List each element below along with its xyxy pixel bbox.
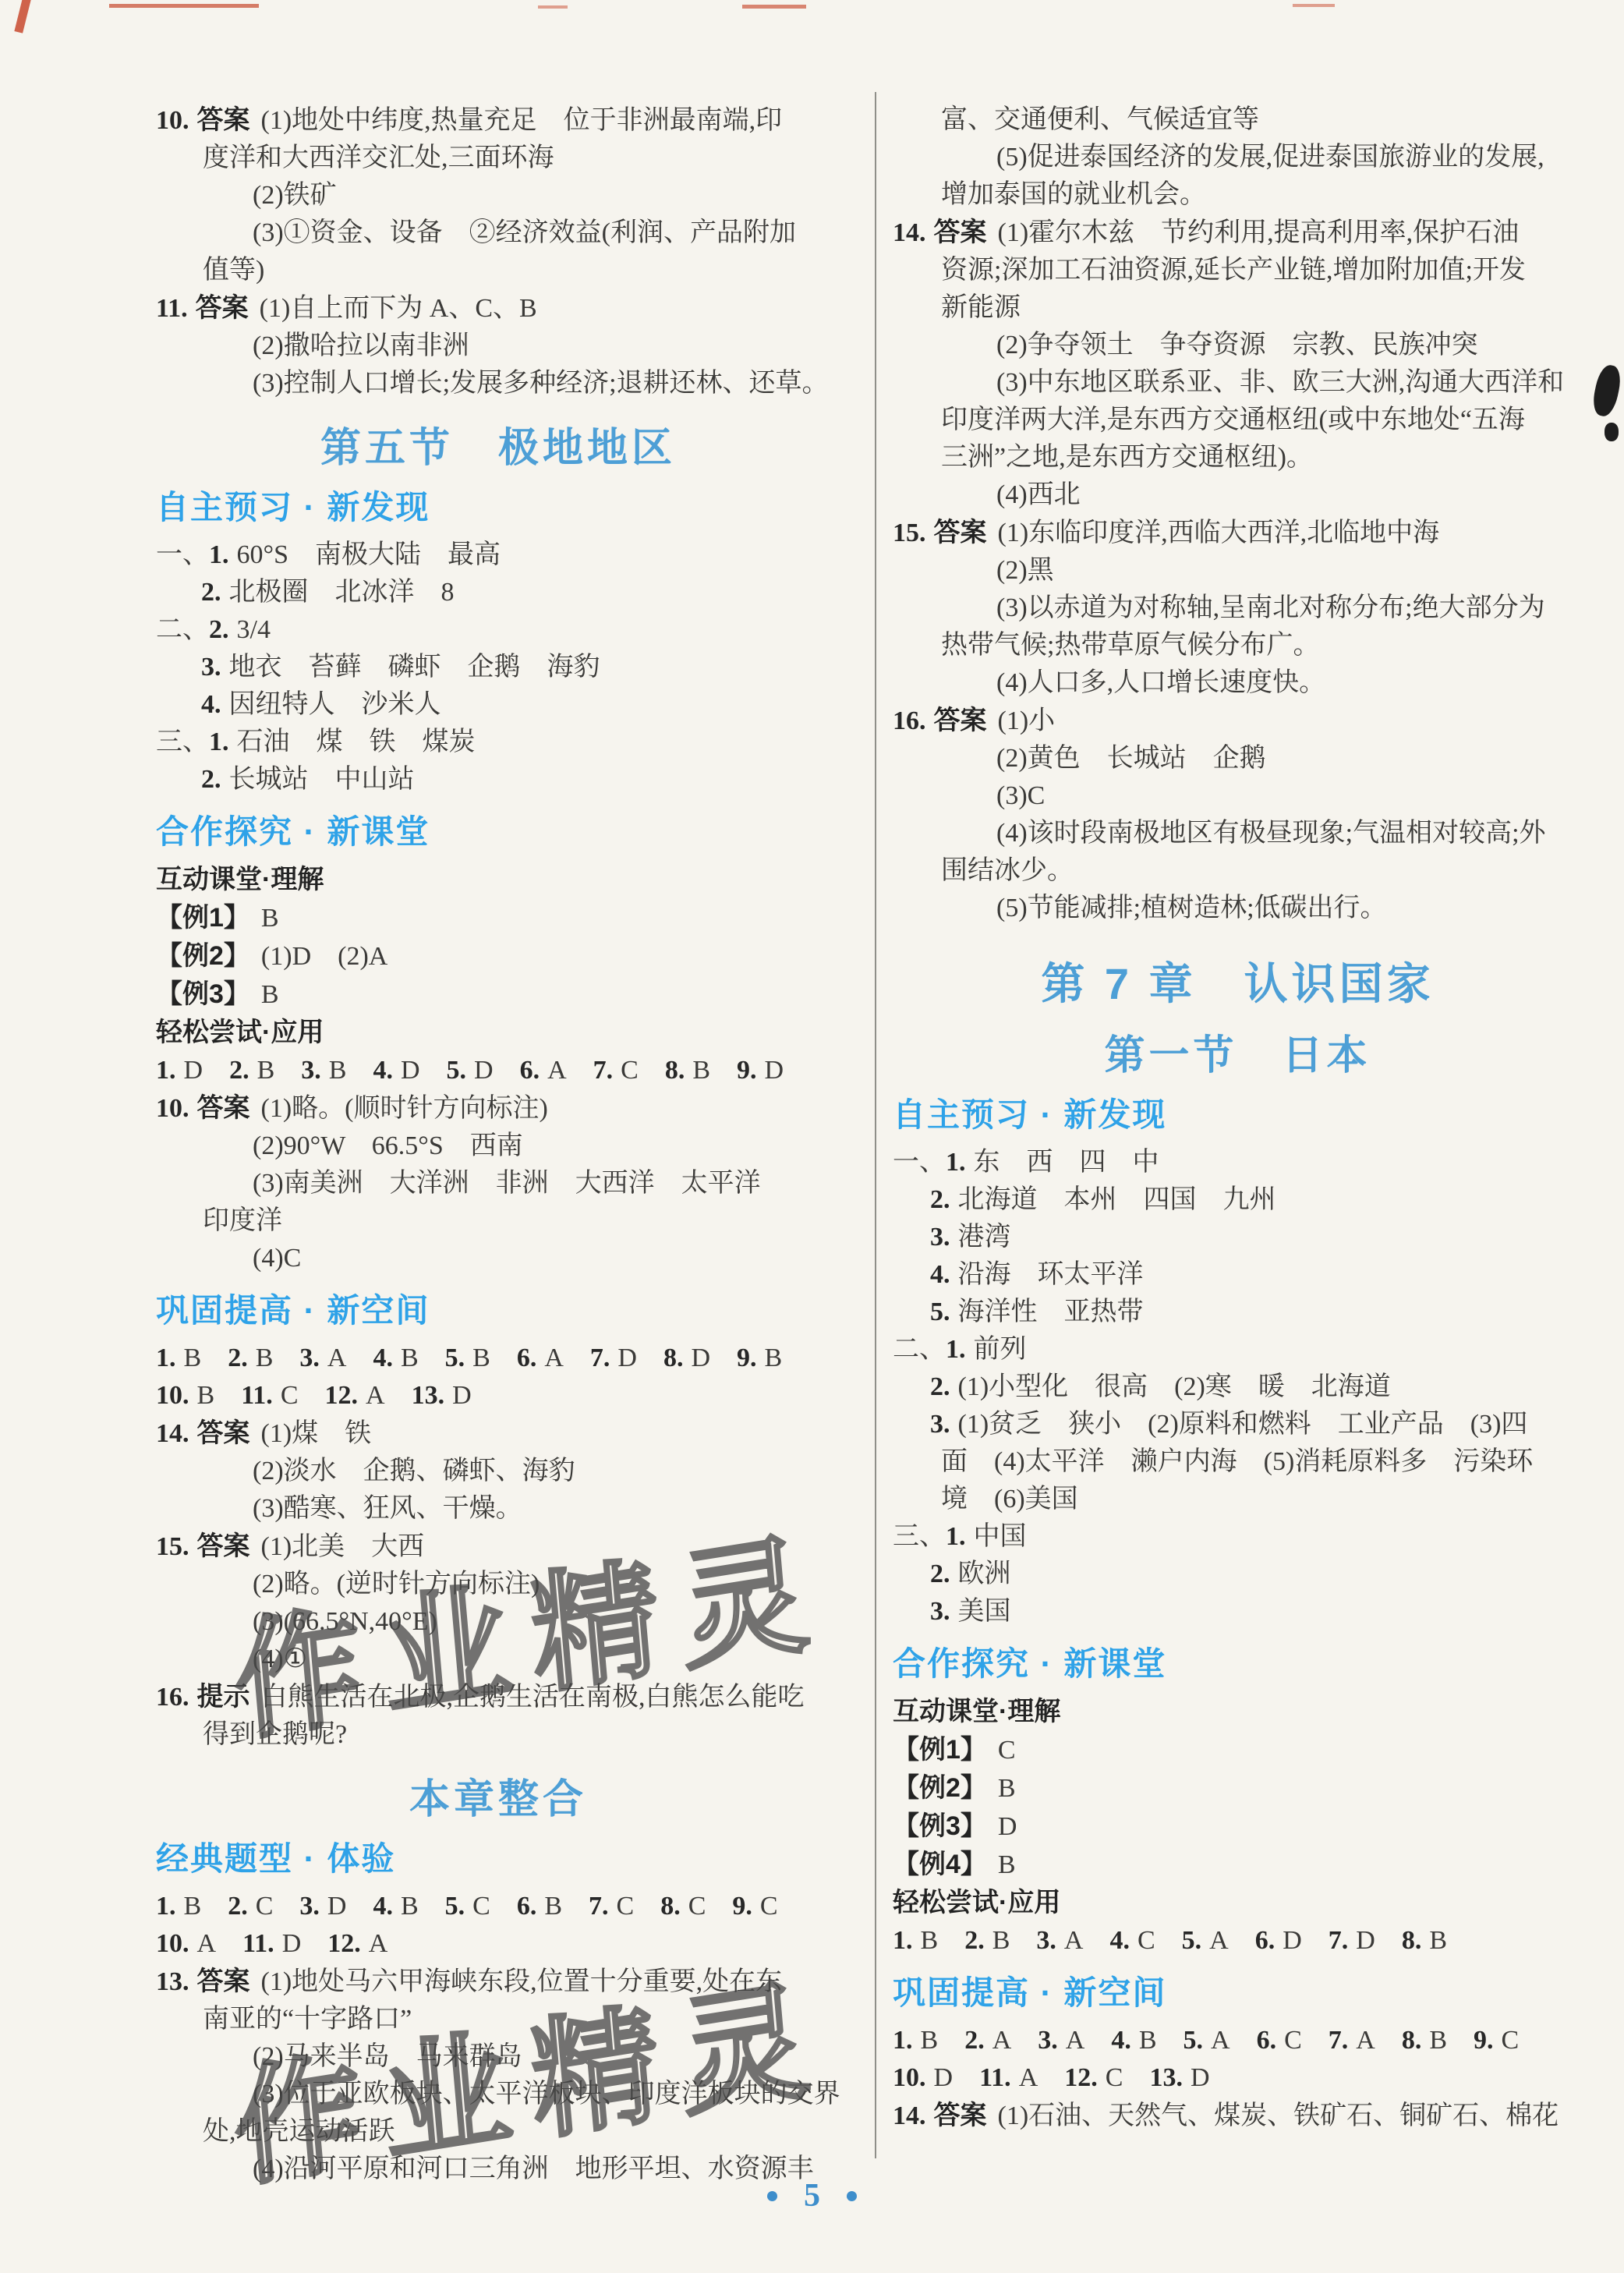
- answer-line: 互动课堂·理解: [156, 861, 840, 899]
- answer-line: 10.答案(1)略。(顺时针方向标注): [156, 1089, 840, 1128]
- answer-line: 【例3】B: [156, 975, 840, 1014]
- text-segment: 石油 煤 铁 煤炭: [237, 728, 476, 756]
- item-number: 3.: [930, 1597, 950, 1626]
- answer-letter: B: [921, 1926, 939, 1955]
- answer-letter: D: [617, 1344, 637, 1372]
- answer-letter: B: [184, 1344, 202, 1372]
- question-number: 4.: [373, 1344, 393, 1372]
- answer-subline: (3)位于亚欧板块、太平洋板块、印度洋板块的交界: [156, 2076, 840, 2113]
- block-heading: 巩固提高 · 新空间: [893, 1974, 1583, 2013]
- text-segment: D: [998, 1812, 1017, 1841]
- text-segment: 巩固提高 · 新空间: [156, 1292, 430, 1329]
- question-number: 8.: [665, 1056, 685, 1085]
- answer-line-wrap: 富、交通便利、气候适宜等: [893, 101, 1583, 139]
- question-number: 13.: [412, 1381, 445, 1410]
- answer-letter: B: [472, 1344, 490, 1372]
- item-number: 1.: [946, 1335, 966, 1364]
- text-segment: (1)石油、天然气、煤炭、铁矿石、铜矿石、棉花: [998, 2101, 1559, 2130]
- answer-letter: B: [1429, 2026, 1447, 2055]
- question-number: 3.: [1036, 1926, 1056, 1955]
- text-segment: 沿海 环太平洋: [958, 1260, 1144, 1289]
- block-heading: 自主预习 · 新发现: [893, 1096, 1583, 1135]
- text-segment: 自主预习 · 新发现: [893, 1096, 1166, 1133]
- bold-label: 互动课堂·理解: [156, 865, 324, 894]
- question-number: 12.: [325, 1381, 359, 1410]
- answer-subitem-line: 2.长城站 中山站: [156, 761, 840, 798]
- text-segment: 合作探究 · 新课堂: [156, 813, 430, 850]
- question-number: 1.: [893, 1926, 913, 1955]
- text-segment: 一、: [893, 1148, 946, 1177]
- answer-line: 【例2】(1)D (2)A: [156, 937, 840, 975]
- question-number: 3.: [299, 1892, 320, 1921]
- text-segment: (2)略。(逆时针方向标注): [253, 1570, 540, 1599]
- text-segment: 合作探究 · 新课堂: [893, 1645, 1166, 1682]
- answer-subline: (3)C: [893, 777, 1583, 815]
- text-segment: (2)黄色 长城站 企鹅: [996, 744, 1266, 773]
- answer-line: 二、1.前列: [893, 1331, 1583, 1368]
- question-number: 5.: [445, 1892, 465, 1921]
- text-segment: (1)煤 铁: [261, 1419, 372, 1448]
- text-segment: B: [261, 904, 279, 933]
- answer-letter: C: [760, 1892, 778, 1921]
- block-heading: 合作探究 · 新课堂: [156, 813, 840, 851]
- page: 10.答案(1)地处中纬度,热量充足 位于非洲最南端,印度洋和大西洋交汇处,三面…: [0, 0, 1624, 2273]
- text-segment: 地衣 苔藓 磷虾 企鹅 海豹: [229, 653, 600, 682]
- bold-label: 答案: [934, 706, 987, 735]
- answer-line: 14.答案(1)煤 铁: [156, 1414, 840, 1453]
- item-number: 13.: [156, 1967, 189, 1996]
- answer-line: 轻松尝试·应用: [156, 1014, 840, 1052]
- answer-letter: D: [765, 1056, 784, 1085]
- question-number: 10.: [893, 2063, 926, 2092]
- question-number: 5.: [447, 1056, 467, 1085]
- answer-line: 【例1】B: [156, 899, 840, 937]
- answer-letter: C: [256, 1892, 274, 1921]
- answer-line: 13.答案(1)地处马六甲海峡东段,位置十分重要,处在东: [156, 1963, 840, 2001]
- answer-letter: C: [1138, 1926, 1155, 1955]
- text-segment: (1)北美 大西: [261, 1532, 425, 1561]
- text-segment: 新能源: [941, 293, 1021, 322]
- answer-subitem-line: 4.因纽特人 沙米人: [156, 686, 840, 724]
- item-number: 10.: [156, 1094, 189, 1123]
- item-number: 1.: [946, 1148, 966, 1177]
- question-number: 2.: [229, 1056, 249, 1085]
- answer-line-wrap: 热带气候;热带草原气候分布广。: [893, 627, 1583, 664]
- text-segment: B: [998, 1774, 1016, 1803]
- answer-letter: D: [934, 2063, 954, 2092]
- bold-label: 【例3】: [893, 1811, 987, 1841]
- ink-blob: [1605, 423, 1619, 441]
- item-number: 16.: [893, 706, 926, 735]
- text-segment: (4)该时段南极地区有极昼现象;气温相对较高;外: [996, 819, 1546, 848]
- answer-letter: C: [621, 1056, 639, 1085]
- answer-letter: D: [1191, 2063, 1210, 2092]
- text-segment: B: [261, 980, 279, 1009]
- text-segment: (1)地处中纬度,热量充足 位于非洲最南端,印: [261, 106, 783, 135]
- text-segment: 印度洋两大洋,是东西方交通枢纽(或中东地处“五海: [941, 405, 1525, 434]
- answer-subline: (3)以赤道为对称轴,呈南北对称分布;绝大部分为: [893, 589, 1583, 627]
- answer-line: 14.答案(1)霍尔木兹 节约利用,提高利用率,保护石油: [893, 214, 1583, 252]
- column-divider: [875, 92, 876, 2158]
- answer-line: 15.答案(1)北美 大西: [156, 1528, 840, 1566]
- section-heading: 第一节 日本: [893, 1032, 1583, 1080]
- answer-letter: C: [1502, 2026, 1520, 2055]
- text-segment: (4)①: [253, 1645, 307, 1673]
- question-number: 3.: [301, 1056, 321, 1085]
- question-number: 8.: [663, 1344, 684, 1372]
- answer-letter: D: [282, 1929, 302, 1958]
- question-number: 6.: [517, 1892, 537, 1921]
- answer-line-wrap: 资源;深加工石油资源,延长产业链,增加附加值;开发: [893, 252, 1583, 289]
- answer-letter: D: [1283, 1926, 1302, 1955]
- question-number: 8.: [660, 1892, 681, 1921]
- text-segment: 二、: [156, 615, 209, 644]
- answer-letter: B: [1139, 2026, 1157, 2055]
- answer-line: 14.答案(1)石油、天然气、煤炭、铁矿石、铜矿石、棉花: [893, 2097, 1583, 2135]
- text-segment: 自主预习 · 新发现: [156, 489, 430, 526]
- question-number: 1.: [893, 2026, 913, 2055]
- chapter-heading: 第 7 章 认识国家: [893, 958, 1583, 1010]
- item-number: 15.: [893, 519, 926, 547]
- text-segment: (4)人口多,人口增长速度快。: [996, 668, 1325, 697]
- answer-letter: A: [197, 1929, 217, 1958]
- answer-letter: A: [1211, 2026, 1230, 2055]
- text-segment: 北海道 本州 四国 九州: [958, 1185, 1276, 1214]
- item-number: 2.: [209, 615, 229, 644]
- text-segment: 海洋性 亚热带: [958, 1298, 1144, 1326]
- bold-label: 【例1】: [893, 1735, 987, 1765]
- bold-label: 【例3】: [156, 979, 250, 1009]
- question-number: 7.: [593, 1056, 614, 1085]
- question-number: 8.: [1402, 2026, 1422, 2055]
- answer-line: 互动课堂·理解: [893, 1693, 1583, 1731]
- text-segment: (2)铁矿: [253, 181, 337, 210]
- text-segment: 资源;深加工石油资源,延长产业链,增加附加值;开发: [941, 256, 1526, 285]
- answer-letter: D: [452, 1381, 472, 1410]
- answer-letter: A: [544, 1344, 564, 1372]
- text-segment: (3)中东地区联系亚、非、欧三大洲,沟通大西洋和: [996, 368, 1564, 397]
- answer-subline: (4)C: [156, 1240, 840, 1277]
- bold-label: 互动课堂·理解: [893, 1697, 1060, 1726]
- question-number: 6.: [1257, 2026, 1277, 2055]
- text-segment: (2)黑: [996, 556, 1054, 585]
- question-number: 10.: [156, 1929, 189, 1958]
- question-number: 4.: [373, 1056, 393, 1085]
- answer-line-wrap: 围结冰少。: [893, 852, 1583, 890]
- question-number: 13.: [1149, 2063, 1183, 2092]
- text-segment: 值等): [203, 256, 264, 285]
- left-column: 10.答案(1)地处中纬度,热量充足 位于非洲最南端,印度洋和大西洋交汇处,三面…: [156, 101, 840, 2188]
- answer-line-wrap: 三洲”之地,是东西方交通枢纽)。: [893, 439, 1583, 476]
- answer-letter: B: [257, 1056, 275, 1085]
- answer-line-wrap: 得到企鹅呢?: [156, 1716, 840, 1754]
- answer-line-wrap: 南亚的“十字路口”: [156, 2001, 840, 2038]
- text-segment: 本章整合: [409, 1777, 587, 1822]
- text-segment: 中国: [974, 1522, 1027, 1551]
- answer-letter: A: [1356, 2026, 1375, 2055]
- block-heading: 自主预习 · 新发现: [156, 488, 840, 527]
- text-segment: (3)南美洲 大洋洲 非洲 大西洋 太平洋: [253, 1169, 761, 1198]
- question-number: 7.: [590, 1344, 610, 1372]
- item-number: 10.: [156, 106, 189, 135]
- answer-line-wrap: 度洋和大西洋交汇处,三面环海: [156, 140, 840, 177]
- text-segment: (1)略。(顺时针方向标注): [261, 1094, 548, 1123]
- block-heading: 巩固提高 · 新空间: [156, 1291, 840, 1330]
- question-number: 11.: [241, 1381, 273, 1410]
- text-segment: (3)以赤道为对称轴,呈南北对称分布;绝大部分为: [996, 593, 1545, 622]
- question-number: 4.: [373, 1892, 393, 1921]
- answer-letter: B: [401, 1344, 419, 1372]
- text-segment: (2)争夺领土 争夺资源 宗教、民族冲突: [996, 331, 1478, 359]
- text-segment: (5)促进泰国经济的发展,促进泰国旅游业的发展,: [996, 143, 1544, 172]
- footer-dot: [767, 2191, 777, 2201]
- page-number: 5: [804, 2178, 820, 2214]
- answer-letter: B: [401, 1892, 419, 1921]
- bold-label: 轻松尝试·应用: [893, 1888, 1060, 1917]
- text-segment: (3)控制人口增长;发展多种经济;退耕还林、还草。: [253, 369, 829, 398]
- choice-answers-line: 10.D11.A12.C13.D: [893, 2059, 1583, 2097]
- answer-letter: D: [691, 1344, 710, 1372]
- answer-subline: (2)争夺领土 争夺资源 宗教、民族冲突: [893, 327, 1583, 364]
- question-number: 4.: [1109, 1926, 1130, 1955]
- answer-subitem-line: 2.(1)小型化 很高 (2)寒 暖 北海道: [893, 1368, 1583, 1406]
- question-number: 5.: [1184, 2026, 1204, 2055]
- text-segment: 二、: [893, 1335, 946, 1364]
- choice-answers-line: 1.B2.A3.A4.B5.A6.C7.A8.B9.C: [893, 2022, 1583, 2059]
- text-segment: 三、: [156, 728, 209, 756]
- answer-subline: (3)中东地区联系亚、非、欧三大洲,沟通大西洋和: [893, 364, 1583, 402]
- answer-line-wrap: 境 (6)美国: [893, 1481, 1583, 1518]
- text-segment: (3)位于亚欧板块、太平洋板块、印度洋板块的交界: [253, 2080, 840, 2108]
- item-number: 4.: [930, 1260, 950, 1289]
- question-number: 1.: [156, 1056, 176, 1085]
- bold-label: 答案: [197, 1093, 250, 1123]
- text-segment: 南亚的“十字路口”: [203, 2005, 412, 2034]
- item-number: 14.: [893, 2101, 926, 2130]
- answer-subline: (2)马来半岛 马来群岛: [156, 2038, 840, 2076]
- answer-subline: (3)(66.5°N,40°E): [156, 1603, 840, 1641]
- choice-answers-line: 10.B11.C12.A13.D: [156, 1377, 840, 1414]
- question-number: 1.: [156, 1344, 176, 1372]
- choice-answers-line: 1.B2.C3.D4.B5.C6.B7.C8.C9.C: [156, 1888, 840, 1925]
- scan-artifact-mark: [538, 5, 568, 9]
- text-segment: 北极圈 北冰洋 8: [229, 578, 455, 607]
- answer-subline: (2)撒哈拉以南非洲: [156, 327, 840, 365]
- bold-label: 答案: [197, 1967, 250, 1996]
- answer-subitem-line: 2.北海道 本州 四国 九州: [893, 1181, 1583, 1219]
- text-segment: C: [998, 1736, 1016, 1765]
- text-segment: (3)①资金、设备 ②经济效益(利润、产品附加: [253, 218, 796, 247]
- text-segment: (3)C: [996, 781, 1045, 810]
- answer-letter: D: [474, 1056, 494, 1085]
- bold-label: 【例2】: [893, 1773, 987, 1803]
- question-number: 2.: [964, 1926, 985, 1955]
- question-number: 7.: [1329, 1926, 1349, 1955]
- answer-letter: A: [1209, 1926, 1229, 1955]
- answer-letter: D: [327, 1892, 347, 1921]
- answer-letter: B: [544, 1892, 562, 1921]
- text-segment: 第 7 章 认识国家: [1041, 959, 1434, 1008]
- answer-letter: B: [197, 1381, 215, 1410]
- answer-letter: B: [992, 1926, 1010, 1955]
- answer-line: 16.提示白熊生活在北极,企鹅生活在南极,白熊怎么能吃: [156, 1678, 840, 1716]
- text-segment: 港湾: [958, 1223, 1011, 1252]
- right-column: 富、交通便利、气候适宜等(5)促进泰国经济的发展,促进泰国旅游业的发展,增加泰国…: [893, 101, 1583, 2135]
- text-segment: (2)淡水 企鹅、磷虾、海豹: [253, 1457, 575, 1485]
- text-segment: 印度洋: [203, 1206, 282, 1235]
- page-footer: 5: [0, 2177, 1624, 2215]
- text-segment: 欧洲: [958, 1560, 1011, 1588]
- question-number: 9.: [737, 1344, 757, 1372]
- answer-letter: C: [1106, 2063, 1123, 2092]
- question-number: 9.: [732, 1892, 752, 1921]
- answer-subitem-line: 3.美国: [893, 1593, 1583, 1630]
- text-segment: (2)撒哈拉以南非洲: [253, 331, 469, 360]
- text-segment: (4)C: [253, 1244, 301, 1273]
- text-segment: (3)酷寒、狂风、干燥。: [253, 1494, 522, 1523]
- item-number: 2.: [930, 1372, 950, 1401]
- item-number: 16.: [156, 1683, 189, 1712]
- question-number: 9.: [1474, 2026, 1494, 2055]
- answer-letter: B: [1429, 1926, 1447, 1955]
- text-segment: 3/4: [237, 615, 271, 644]
- question-number: 7.: [1329, 2026, 1349, 2055]
- answer-subline: (2)90°W 66.5°S 西南: [156, 1128, 840, 1165]
- footer-dot: [847, 2191, 857, 2201]
- answer-subline: (3)酷寒、狂风、干燥。: [156, 1490, 840, 1528]
- text-segment: 前列: [974, 1335, 1027, 1364]
- answer-subline: (5)节能减排;植树造林;低碳出行。: [893, 890, 1583, 927]
- item-number: 1.: [946, 1522, 966, 1551]
- answer-line-wrap: 处,地壳运动活跃: [156, 2113, 840, 2151]
- answer-letter: C: [617, 1892, 635, 1921]
- answer-letter: A: [366, 1381, 385, 1410]
- bold-label: 答案: [197, 105, 250, 135]
- answer-subline: (4)①: [156, 1641, 840, 1678]
- answer-line-wrap: 印度洋: [156, 1202, 840, 1240]
- answer-letter: C: [688, 1892, 706, 1921]
- answer-letter: A: [1066, 2026, 1085, 2055]
- choice-answers-line: 1.D2.B3.B4.D5.D6.A7.C8.B9.D: [156, 1052, 840, 1089]
- question-number: 3.: [299, 1344, 320, 1372]
- choice-answers-line: 1.B2.B3.A4.B5.B6.A7.D8.D9.B: [156, 1340, 840, 1377]
- text-segment: 面 (4)太平洋 濑户内海 (5)消耗原料多 污染环: [941, 1447, 1533, 1476]
- text-segment: 一、: [156, 540, 209, 569]
- answer-letter: B: [184, 1892, 202, 1921]
- answer-line: 16.答案(1)小: [893, 702, 1583, 740]
- text-segment: 增加泰国的就业机会。: [941, 180, 1206, 209]
- text-segment: 热带气候;热带草原气候分布广。: [941, 631, 1319, 660]
- answer-subline: (2)黄色 长城站 企鹅: [893, 740, 1583, 777]
- question-number: 5.: [445, 1344, 465, 1372]
- block-heading: 经典题型 · 体验: [156, 1839, 840, 1878]
- bold-label: 提示: [197, 1682, 250, 1712]
- choice-answers-line: 1.B2.B3.A4.C5.A6.D7.D8.B: [893, 1922, 1583, 1960]
- answer-line: 【例3】D: [893, 1807, 1583, 1846]
- answer-subitem-line: 2.北极圈 北冰洋 8: [156, 574, 840, 611]
- section-heading: 本章整合: [156, 1776, 840, 1824]
- answer-line: 【例1】C: [893, 1731, 1583, 1769]
- answer-subline: (3)南美洲 大洋洲 非洲 大西洋 太平洋: [156, 1165, 840, 1202]
- question-number: 6.: [1255, 1926, 1275, 1955]
- answer-subline: (2)淡水 企鹅、磷虾、海豹: [156, 1453, 840, 1490]
- question-number: 3.: [1038, 2026, 1058, 2055]
- bold-label: 【例4】: [893, 1850, 987, 1879]
- question-number: 12.: [1064, 2063, 1098, 2092]
- answer-subline: (5)促进泰国经济的发展,促进泰国旅游业的发展,: [893, 139, 1583, 176]
- section-heading: 第五节 极地地区: [156, 424, 840, 473]
- answer-subline: (3)①资金、设备 ②经济效益(利润、产品附加: [156, 214, 840, 252]
- text-segment: 得到企鹅呢?: [203, 1720, 347, 1749]
- text-segment: 第一节 日本: [1104, 1033, 1371, 1078]
- answer-letter: C: [472, 1892, 490, 1921]
- answer-subline: (2)黑: [893, 552, 1583, 589]
- answer-subline: (3)控制人口增长;发展多种经济;退耕还林、还草。: [156, 365, 840, 402]
- text-segment: (1)霍尔木兹 节约利用,提高利用率,保护石油: [998, 218, 1520, 247]
- answer-line: 一、1.60°S 南极大陆 最高: [156, 536, 840, 574]
- answer-subitem-line: 3.港湾: [893, 1219, 1583, 1256]
- item-number: 3.: [930, 1410, 950, 1439]
- block-heading: 合作探究 · 新课堂: [893, 1645, 1583, 1684]
- answer-line-wrap: 印度洋两大洋,是东西方交通枢纽(或中东地处“五海: [893, 402, 1583, 439]
- answer-letter: A: [1019, 2063, 1038, 2092]
- answer-line-wrap: 新能源: [893, 289, 1583, 327]
- question-number: 1.: [156, 1892, 176, 1921]
- answer-letter: A: [327, 1344, 347, 1372]
- answer-line: 三、1.中国: [893, 1518, 1583, 1556]
- bold-label: 答案: [934, 518, 987, 547]
- text-segment: 处,地壳运动活跃: [203, 2117, 395, 2146]
- text-segment: (2)90°W 66.5°S 西南: [253, 1131, 523, 1160]
- answer-line: 【例4】B: [893, 1846, 1583, 1884]
- text-segment: 60°S 南极大陆 最高: [237, 540, 501, 569]
- answer-line: 二、2.3/4: [156, 611, 840, 649]
- scan-artifact-mark: [742, 5, 806, 9]
- item-number: 2.: [201, 765, 221, 794]
- text-segment: (1)小型化 很高 (2)寒 暖 北海道: [958, 1372, 1391, 1401]
- scan-artifact-corner-mark: [14, 0, 31, 34]
- text-segment: (3)(66.5°N,40°E): [253, 1607, 437, 1636]
- text-segment: (4)西北: [996, 480, 1081, 509]
- question-number: 2.: [228, 1892, 248, 1921]
- answer-line: 15.答案(1)东临印度洋,西临大西洋,北临地中海: [893, 514, 1583, 552]
- item-number: 15.: [156, 1532, 189, 1561]
- text-segment: 东 西 四 中: [974, 1148, 1159, 1177]
- answer-subline: (2)铁矿: [156, 177, 840, 214]
- answer-subline: (2)略。(逆时针方向标注): [156, 1566, 840, 1603]
- item-number: 2.: [930, 1185, 950, 1214]
- answer-letter: A: [992, 2026, 1012, 2055]
- text-segment: 围结冰少。: [941, 856, 1074, 885]
- answer-subitem-line: 5.海洋性 亚热带: [893, 1294, 1583, 1331]
- question-number: 2.: [228, 1344, 248, 1372]
- answer-line: 【例2】B: [893, 1769, 1583, 1807]
- text-segment: (1)小: [998, 706, 1056, 735]
- bold-label: 【例2】: [156, 941, 250, 971]
- answer-subitem-line: 4.沿海 环太平洋: [893, 1256, 1583, 1294]
- text-segment: (5)节能减排;植树造林;低碳出行。: [996, 894, 1387, 922]
- item-number: 11.: [156, 294, 188, 323]
- text-segment: 富、交通便利、气候适宜等: [941, 105, 1259, 134]
- text-segment: 第五节 极地地区: [320, 426, 676, 471]
- answer-line: 11.答案(1)自上而下为 A、C、B: [156, 289, 840, 327]
- answer-line: 10.答案(1)地处中纬度,热量充足 位于非洲最南端,印: [156, 101, 840, 140]
- answer-letter: A: [547, 1056, 567, 1085]
- ink-blob: [1590, 363, 1623, 419]
- bold-label: 答案: [197, 1418, 250, 1448]
- answer-letter: D: [1356, 1926, 1375, 1955]
- answer-line: 三、1.石油 煤 铁 煤炭: [156, 724, 840, 761]
